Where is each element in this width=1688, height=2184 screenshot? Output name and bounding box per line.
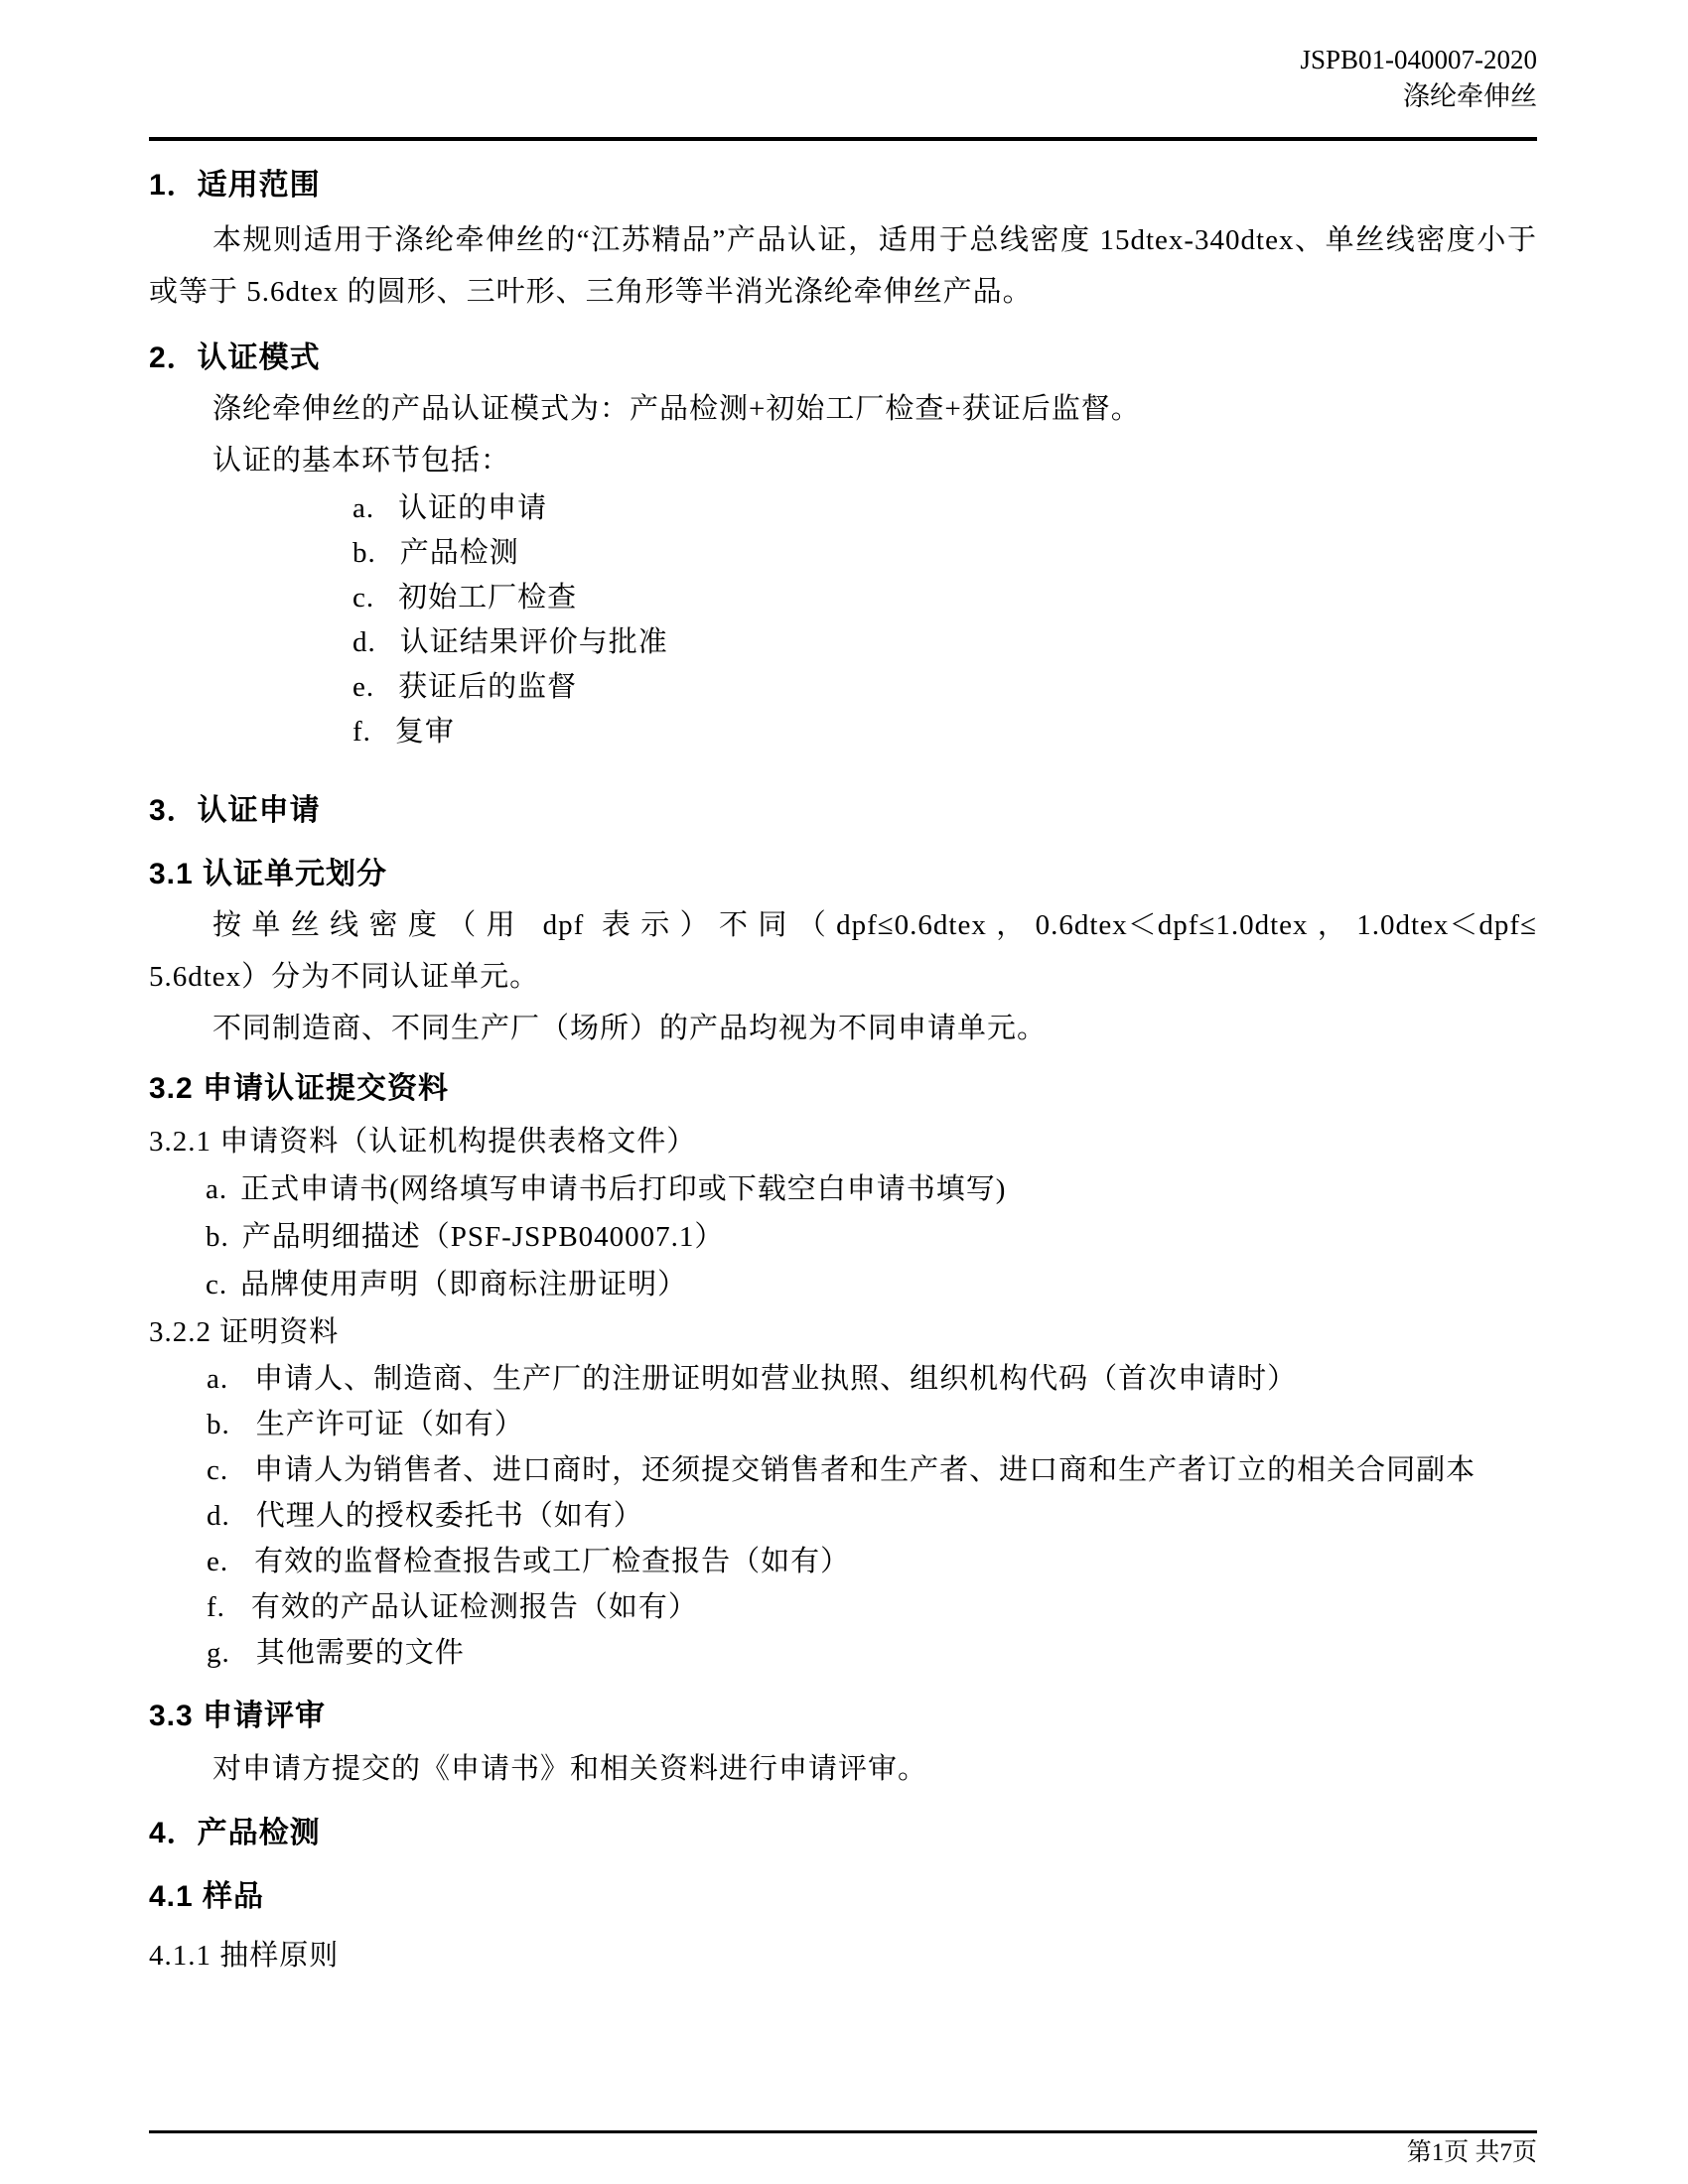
list-item-text: 品牌使用声明（即商标注册证明）: [240, 1261, 687, 1308]
list-item: c. 初始工厂检查: [149, 576, 1537, 620]
unit-division-line-2: 5.6dtex）分为不同认证单元。: [149, 951, 1537, 1003]
section-3-1-title: 3.1 认证单元划分: [149, 854, 1537, 895]
list-item: b. 产品明细描述（PSF-JSPB040007.1）: [149, 1213, 1537, 1261]
supporting-documents-list: a. 申请人、制造商、生产厂的注册证明如营业执照、组织机构代码（首次申请时） b…: [149, 1356, 1537, 1676]
section-4-title: 4．产品检测: [149, 1813, 1537, 1854]
list-item-text: 获证后的监督: [398, 665, 577, 710]
header-rule: [149, 137, 1537, 141]
list-item: a. 正式申请书(网络填写申请书后打印或下载空白申请书填写): [149, 1165, 1537, 1213]
list-item-text: 其他需要的文件: [256, 1630, 465, 1676]
list-item: e. 获证后的监督: [149, 665, 1537, 710]
list-item-text: 复审: [395, 710, 455, 754]
list-item-text: 申请人、制造商、生产厂的注册证明如营业执照、组织机构代码（首次申请时）: [254, 1356, 1297, 1402]
document-page: JSPB01-040007-2020 涤纶牵伸丝 1．适用范围 本规则适用于涤纶…: [0, 0, 1688, 2184]
list-item-label: d.: [207, 1493, 230, 1539]
mode-paragraph: 涤纶牵伸丝的产品认证模式为：产品检测+初始工厂检查+获证后监督。: [149, 383, 1537, 435]
list-item: d. 认证结果评价与批准: [149, 620, 1537, 665]
section-3-2-1-title: 3.2.1 申请资料（认证机构提供表格文件）: [149, 1118, 1537, 1165]
list-item: b. 生产许可证（如有）: [149, 1402, 1537, 1447]
list-item-text: 有效的产品认证检测报告（如有）: [251, 1584, 698, 1630]
document-code: JSPB01-040007-2020: [149, 42, 1537, 78]
list-item-text: 产品明细描述（PSF-JSPB040007.1）: [242, 1213, 725, 1261]
section-3-2-2-title: 3.2.2 证明资料: [149, 1308, 1537, 1356]
list-item-label: b.: [207, 1402, 230, 1447]
list-item: a. 申请人、制造商、生产厂的注册证明如营业执照、组织机构代码（首次申请时）: [149, 1356, 1537, 1402]
section-3-2-title: 3.2 申请认证提交资料: [149, 1068, 1537, 1110]
list-item-text: 初始工厂检查: [398, 576, 577, 620]
unit-division-line-1: 按单丝线密度（用 dpf 表示）不同（dpf≤0.6dtex，0.6dtex＜d…: [149, 899, 1537, 951]
list-item-label: c.: [352, 576, 374, 620]
list-item-label: b.: [352, 531, 376, 576]
application-review-paragraph: 对申请方提交的《申请书》和相关资料进行申请评审。: [149, 1743, 1537, 1795]
list-item: g. 其他需要的文件: [149, 1630, 1537, 1676]
list-item-text: 生产许可证（如有）: [256, 1402, 524, 1447]
section-4-1-1-title: 4.1.1 抽样原则: [149, 1932, 1537, 1979]
list-item: a. 认证的申请: [149, 486, 1537, 531]
list-item-text: 代理人的授权委托书（如有）: [256, 1493, 643, 1539]
list-item: c. 品牌使用声明（即商标注册证明）: [149, 1261, 1537, 1308]
list-item-text: 正式申请书(网络填写申请书后打印或下载空白申请书填写): [240, 1165, 1006, 1213]
list-item-label: a.: [207, 1356, 228, 1402]
document-content: JSPB01-040007-2020 涤纶牵伸丝 1．适用范围 本规则适用于涤纶…: [149, 0, 1537, 1979]
document-product-name: 涤纶牵伸丝: [149, 78, 1537, 115]
list-item-label: e.: [352, 665, 374, 710]
list-item-text: 有效的监督检查报告或工厂检查报告（如有）: [254, 1539, 850, 1584]
section-3-title: 3．认证申请: [149, 790, 1537, 832]
scope-paragraph-line-1: 本规则适用于涤纶牵伸丝的“江苏精品”产品认证，适用于总线密度 15dtex-34…: [149, 214, 1537, 266]
list-item-label: f.: [207, 1584, 225, 1630]
list-item-text: 产品检测: [400, 531, 519, 576]
document-footer: 第1页 共7页: [149, 2130, 1537, 2170]
list-item: b. 产品检测: [149, 531, 1537, 576]
list-item-label: a.: [206, 1165, 227, 1213]
section-1-title: 1．适用范围: [149, 165, 1537, 206]
section-4-1-title: 4.1 样品: [149, 1876, 1537, 1918]
basic-steps-paragraph: 认证的基本环节包括：: [149, 435, 1537, 486]
document-header: JSPB01-040007-2020 涤纶牵伸丝: [149, 0, 1537, 115]
list-item: e. 有效的监督检查报告或工厂检查报告（如有）: [149, 1539, 1537, 1584]
list-item-label: f.: [352, 710, 371, 754]
list-item-label: c.: [207, 1447, 228, 1493]
list-item: f. 复审: [149, 710, 1537, 754]
scope-paragraph-line-2: 或等于 5.6dtex 的圆形、三叶形、三角形等半消光涤纶牵伸丝产品。: [149, 266, 1537, 318]
list-item-label: g.: [207, 1630, 230, 1676]
list-item-label: c.: [206, 1261, 227, 1308]
list-item-label: e.: [207, 1539, 228, 1584]
unit-division-paragraph-2: 不同制造商、不同生产厂（场所）的产品均视为不同申请单元。: [149, 1003, 1537, 1054]
list-item-label: b.: [206, 1213, 229, 1261]
list-item-text: 认证的申请: [398, 486, 547, 531]
section-2-title: 2．认证模式: [149, 338, 1537, 379]
list-item-text: 申请人为销售者、进口商时，还须提交销售者和生产者、进口商和生产者订立的相关合同副…: [254, 1447, 1476, 1493]
list-item: c. 申请人为销售者、进口商时，还须提交销售者和生产者、进口商和生产者订立的相关…: [149, 1447, 1537, 1493]
page-number: 第1页 共7页: [1407, 2139, 1537, 2166]
section-3-3-title: 3.3 申请评审: [149, 1696, 1537, 1737]
list-item-text: 认证结果评价与批准: [400, 620, 668, 665]
list-item-label: d.: [352, 620, 376, 665]
list-item: d. 代理人的授权委托书（如有）: [149, 1493, 1537, 1539]
list-item-label: a.: [352, 486, 374, 531]
certification-steps-list: a. 认证的申请 b. 产品检测 c. 初始工厂检查 d. 认证结果评价与批准 …: [149, 486, 1537, 754]
application-materials-list: a. 正式申请书(网络填写申请书后打印或下载空白申请书填写) b. 产品明细描述…: [149, 1165, 1537, 1308]
list-item: f. 有效的产品认证检测报告（如有）: [149, 1584, 1537, 1630]
